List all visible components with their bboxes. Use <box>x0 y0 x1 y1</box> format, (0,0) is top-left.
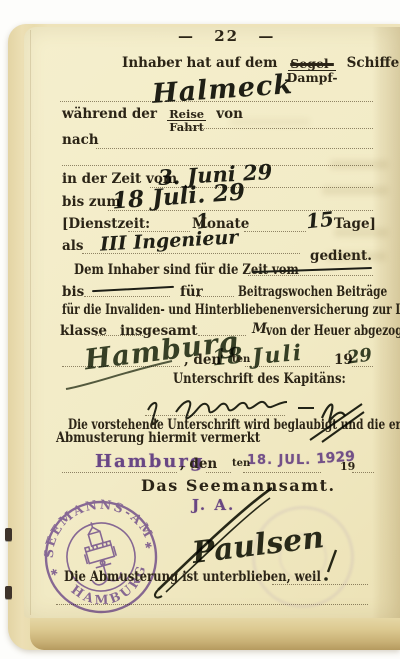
dotted-line <box>243 470 321 473</box>
round-stamp-star-left: ✱ <box>50 568 60 580</box>
tage-label: Tage] <box>334 217 376 231</box>
schiffe-label: Schiffe <box>347 55 400 71</box>
beglaubigung-zeile2-text: Abmusterung hiermit vermerkt <box>56 431 260 445</box>
dotted-line <box>84 294 170 297</box>
versicherung-text: für die Invaliden- und Hinterbliebenenve… <box>62 303 400 317</box>
inhaber-label: Inhaber hat auf dem <box>122 55 277 71</box>
fuer-label: für <box>180 285 203 299</box>
binding-staple <box>5 586 12 599</box>
unterschrift-kapitaen-text: Unterschrift des Kapitäns: <box>173 372 346 386</box>
beitragswochen-text: Beitragswochen Beiträge <box>238 285 387 299</box>
dampf-label: Dampf- <box>287 71 338 84</box>
mark-symbol: M <box>252 322 267 336</box>
fahrt-label: Fahrt <box>169 121 204 133</box>
als-label: als <box>62 239 83 253</box>
bis-label: bis <box>62 285 84 299</box>
beglaubigung-zeile2: Abmusterung hiermit vermerkt <box>56 431 293 445</box>
abzug-label: von der Heuer abgezogen. <box>266 324 400 338</box>
abmusterung-footer-text: Die Abmusterung ist unterblieben, weil <box>64 570 321 584</box>
dotted-line <box>244 229 306 232</box>
binding-staple <box>5 528 12 541</box>
reise-fahrt-fraction: Reise Fahrt <box>167 108 206 133</box>
page-number: 22 <box>202 27 251 45</box>
segel-crossed-out: Segel- <box>288 57 336 71</box>
nach-label: nach <box>62 133 99 147</box>
seamans-book-page-photo: — 22 — Inhaber hat auf dem Segel- Dampf-… <box>0 0 400 659</box>
pen-correction-stroke <box>300 400 370 445</box>
beitragswochen-label: Beitragswochen Beiträge <box>238 285 400 299</box>
monat-handwritten: Juli <box>251 340 304 370</box>
abzug-text: von der Heuer abgezogen. <box>266 324 400 338</box>
klasse-label: klasse <box>60 324 107 338</box>
page-number-dash-right: — <box>258 27 275 45</box>
page-number-row: — 22 — <box>178 29 275 45</box>
voyage-row: während der Reise Fahrt von <box>62 107 243 133</box>
waehrend-label: während der <box>62 106 157 122</box>
von-label: von <box>216 106 243 122</box>
unterschrift-kapitaen-label: Unterschrift des Kapitäns: <box>173 372 374 386</box>
abmusterung-footer: Die Abmusterung ist unterblieben, weil <box>64 570 363 584</box>
dotted-line <box>96 146 373 149</box>
gedient-label: gedient. <box>310 249 372 263</box>
page-number-dash-left: — <box>178 27 195 45</box>
versicherung-zeile: für die Invaliden- und Hinterbliebenenve… <box>62 303 400 317</box>
ship-type-fraction: Segel- Dampf- <box>287 57 338 84</box>
jahr-printed-2: 19 <box>340 461 355 473</box>
datum-stempel: 18. JUL. <box>247 453 311 468</box>
jahr-handwritten: 29 <box>346 344 374 368</box>
dienstzeit-label: [Dienstzeit: <box>62 217 150 231</box>
ten-label: ten <box>232 355 250 366</box>
tage-value-handwritten: 15 <box>305 207 335 234</box>
den-label-2: , den <box>180 457 217 471</box>
